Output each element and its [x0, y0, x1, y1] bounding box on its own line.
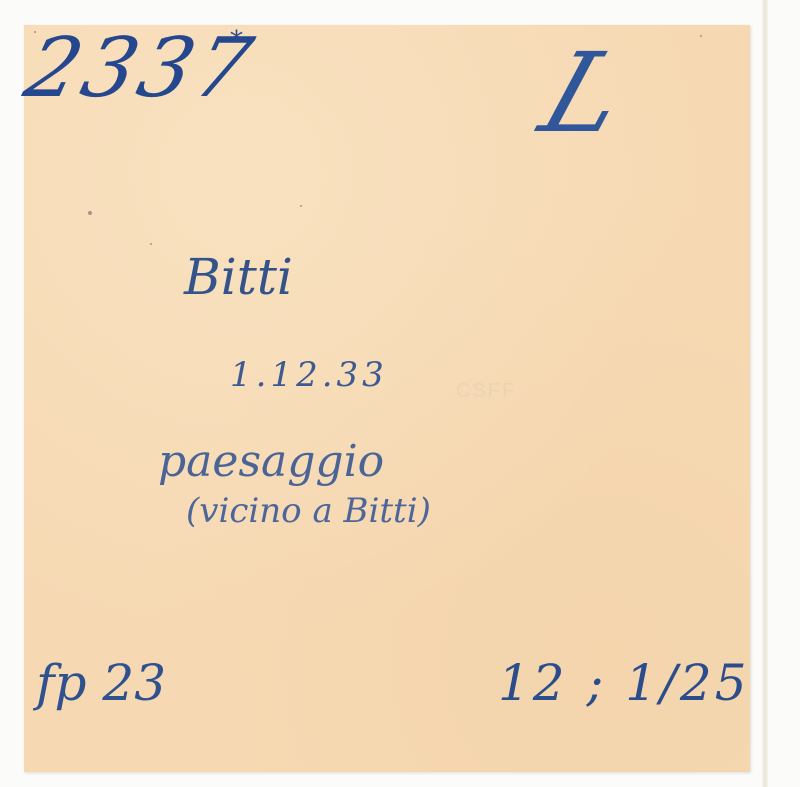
paper-speck [88, 211, 92, 215]
frame-reference: 12 ; 1/25 [498, 658, 750, 708]
subject-detail: (vicino a Bitti) [186, 494, 431, 528]
paper-speck [300, 205, 302, 207]
accession-number: 2337 [18, 28, 263, 110]
paper-speck [150, 243, 152, 245]
paper-speck [34, 31, 36, 33]
paper-speck [700, 35, 702, 37]
date: 1.12.33 [230, 358, 388, 392]
accession-asterisk: * [230, 28, 243, 54]
backdrop-edge-strip [762, 0, 768, 787]
watermark: CSFF [456, 380, 516, 403]
subject: paesaggio [158, 440, 384, 484]
film-reference: fp 23 [36, 658, 166, 708]
place-name: Bitti [184, 252, 293, 302]
